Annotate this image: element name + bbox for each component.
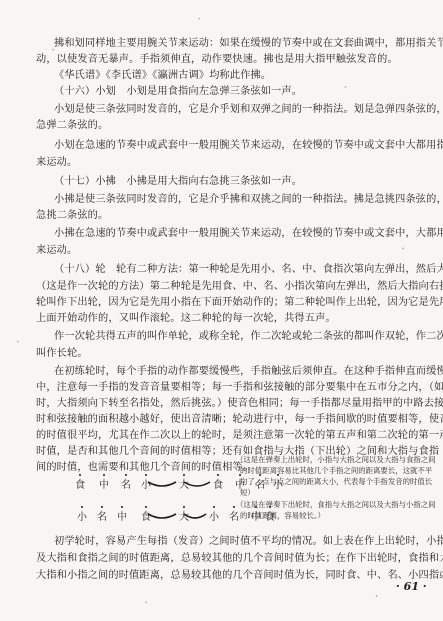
- page-number: · 61 ·: [396, 580, 427, 593]
- finger-glyph: 小: [76, 512, 88, 524]
- finger-glyph: 食: [74, 480, 86, 492]
- text-line: 动，以使发音无暴声。手指须伸直，动作要快速。拂也是用大指甲触弦发音的。: [36, 54, 398, 66]
- text-line: 拂和划同样地主要用腕关节来运动：如果在缓慢的节奏中或在文套曲调中，都用指关节来运: [54, 38, 443, 50]
- text-line: 及大指和食指之间的时值距离，总易较其他的几个音间时值为长；在作下出轮时，食指和大…: [36, 553, 443, 565]
- finger-glyph: 名: [120, 480, 132, 492]
- note-line: 的时值距离容易比其他几个手指之间的距离要长，这就不平: [240, 466, 432, 476]
- text-line: 中，注意每一手指的发音音量要相等；每一手指和弦接触的部分要集中在五市分之内，（如…: [36, 382, 443, 394]
- text-line: 《华氏谱》《李氏谱》《瀛洲古调》均称此作拂。: [54, 70, 271, 82]
- document-page: 拂和划同样地主要用腕关节来运动：如果在缓慢的节奏中或在文套曲调中，都用指关节来运…: [0, 0, 443, 621]
- upper-diagram: 食中名小大食中名小: [68, 472, 233, 496]
- text-line: 作一次轮共得五声的叫作单轮，或称全轮，作二次轮或轮二条弦的都叫作双轮，作二次以上…: [54, 331, 443, 343]
- text-line: 急弹二条弦的。: [36, 120, 108, 132]
- text-line: 来运动。: [36, 157, 77, 169]
- text-line: 上面开始动作的，又叫作滚轮。这二种轮的每一次轮，共得五声。: [36, 313, 336, 325]
- text-line: 急挑二条弦的。: [36, 210, 108, 222]
- text-line: 来运动。: [36, 245, 77, 257]
- finger-glyph: 名: [96, 512, 108, 524]
- finger-glyph: 小: [208, 512, 220, 524]
- text-line: 大指和小指之间的时值距离，总易较其他的几个音间时值为长，同时食、中、名、小四指或…: [36, 570, 443, 582]
- note-line: 的时值距离，容易较长。）: [240, 511, 325, 521]
- note-line: （这是在弹奏下出轮时，食指与大指之间以及大指与小指之间: [236, 500, 436, 510]
- text-line: 小划是使三条弦同时发音的，它是介乎划和双弹之间的一种指法。划是急弹四条弦的，双弹…: [54, 104, 443, 116]
- text-line: 在初练轮时，每个手指的动作都要缓慢些，手指触弦后须伸直。在这种手指伸直而缓慢的动…: [54, 366, 443, 378]
- text-line: （这是作一次轮的方法）第二种轮是先用食、中、名、小指次第向左弹出，然后大指向右挑…: [36, 281, 443, 293]
- text-line: 的时值很平均，尤其在作二次以上的轮时，是须注意第一次轮的第五声和第二次轮的第一声…: [36, 430, 443, 442]
- finger-glyph: 中: [98, 480, 110, 492]
- text-line: （十八）轮 轮有二种方法：第一种轮是先用小、名、中、食指次第向左弹出，然后大指向…: [54, 264, 443, 276]
- note-line: （这是在弹奏上出轮时，小指与大指之间以及大指与食指之间: [236, 455, 436, 465]
- text-line: 时和弦接触的面积越小越好，使出音清晰；轮动进行中，每一手指间歇的时值要相等，使音…: [36, 414, 443, 426]
- note-line: 均了。点与点之间的距离大小，代表每个手指发音的时值长: [240, 477, 432, 487]
- finger-glyph: 食: [140, 512, 152, 524]
- text-line: （十七）小拂 小拂是用大指向右急挑三条弦如一声。: [54, 176, 302, 188]
- text-line: 小划在急速的节奏中或武套中一般用腕关节来运动，在较慢的节奏中或文套中大都用指关节: [54, 140, 443, 152]
- finger-glyph: 中: [116, 512, 128, 524]
- text-line: 时，大指须向下转至名指处，然后挑弦。）使音色相同；每一手指都尽量用指甲的中路去接…: [36, 398, 443, 410]
- text-line: （十六）小划 小划是用食指向左急弹三条弦如一声。: [54, 86, 302, 98]
- finger-glyph: 小: [140, 480, 152, 492]
- text-line: 小拂是使三条弦同时发音的，它是介乎拂和双挑之间的一种指法。拂是急挑四条弦的，双挑…: [54, 194, 443, 206]
- finger-glyph: 大: [178, 512, 190, 524]
- note-line: 短）: [240, 488, 255, 498]
- finger-glyph: 名: [228, 512, 240, 524]
- text-line: 轮叫作下出轮，因为它是先用小指在下面开始动作的；第二种轮叫作上出轮，因为它是先用…: [36, 297, 443, 309]
- text-line: 叫作长轮。: [36, 348, 88, 360]
- lower-diagram: 小名中食大小名中食: [68, 504, 233, 528]
- text-line: 初学轮时，容易产生每指（发音）之间时值不平均的情况。如上表在作上出轮时，小指和大…: [54, 536, 443, 548]
- finger-glyph: 大: [178, 480, 190, 492]
- finger-glyph: 食: [212, 480, 224, 492]
- text-line: 小拂在急速的节奏中或武套中一般用腕关节来运动，在较慢的节奏中或文套中，大都用指关…: [54, 228, 443, 240]
